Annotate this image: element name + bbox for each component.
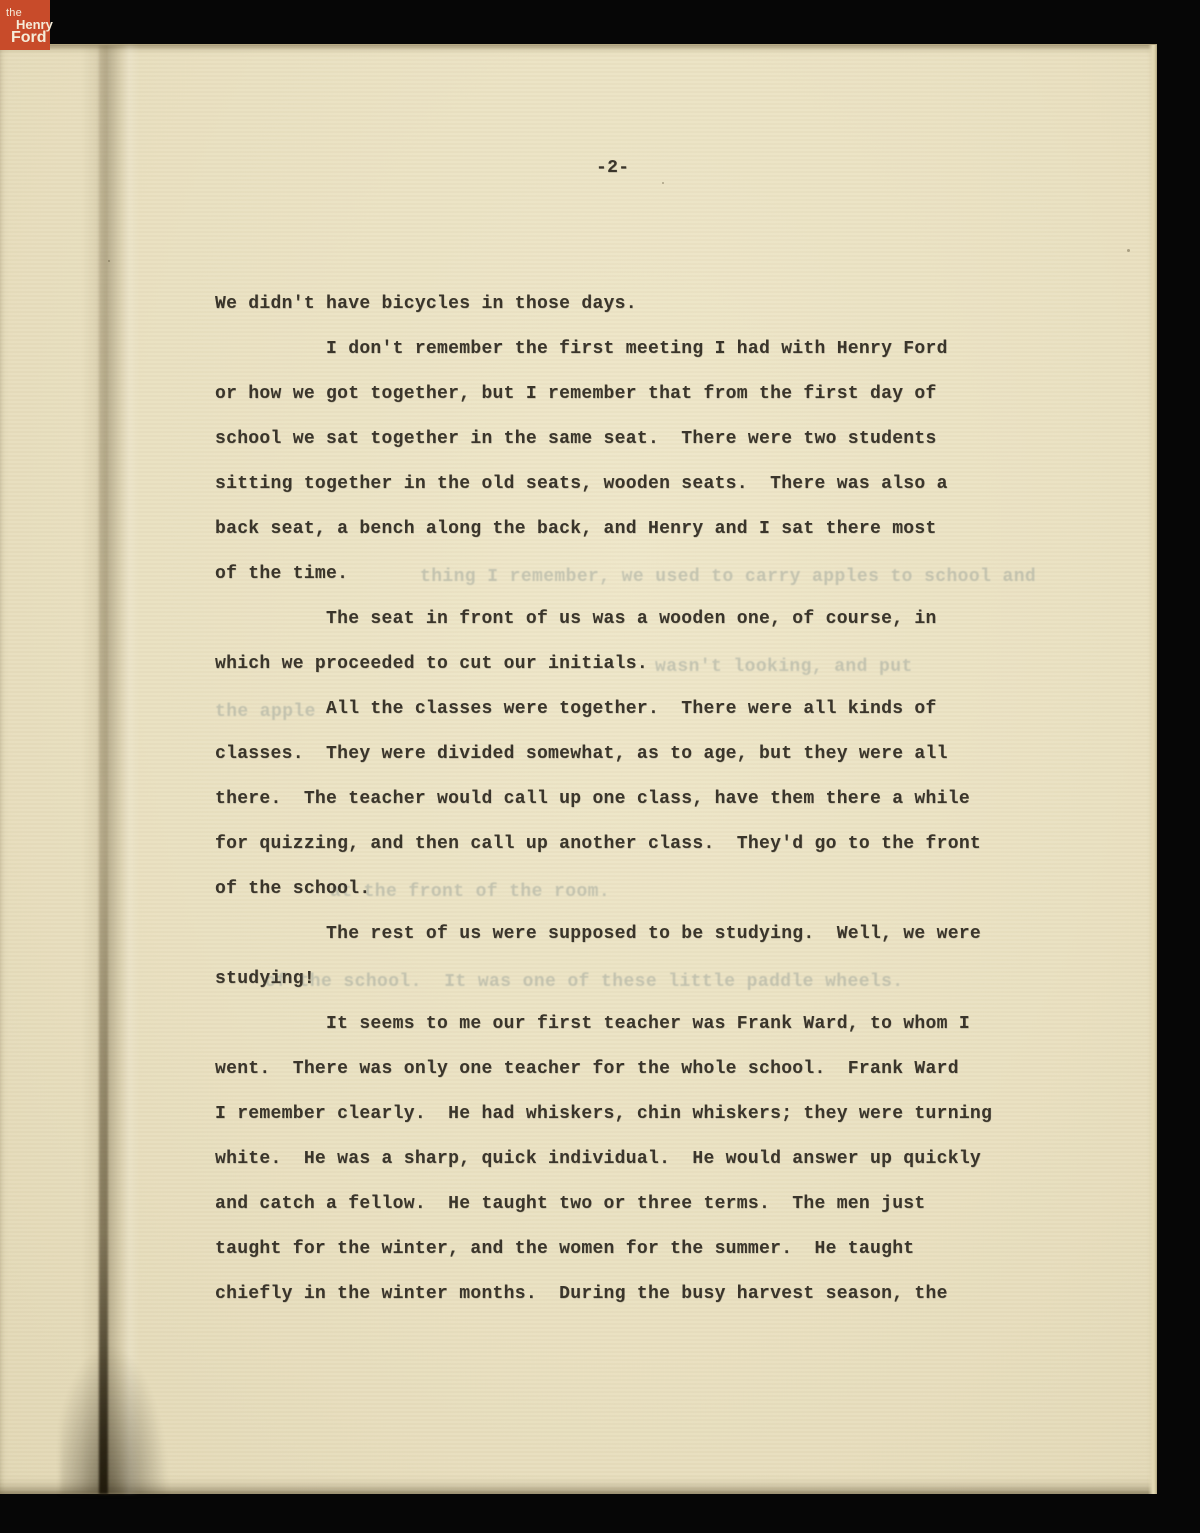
scan-viewport: thing I remember, we used to carry apple… — [0, 0, 1200, 1533]
typewritten-line: I remember clearly. He had whiskers, chi… — [215, 1103, 992, 1125]
typewritten-line: taught for the winter, and the women for… — [215, 1238, 914, 1260]
typewritten-line: which we proceeded to cut our initials. — [215, 653, 648, 675]
paper-speck — [662, 182, 664, 184]
typewritten-line: classes. They were divided somewhat, as … — [215, 743, 948, 765]
henry-ford-logo: the Henry Ford — [0, 0, 50, 50]
paper-speck — [108, 260, 110, 262]
typewritten-text-layer: We didn't have bicycles in those days. I… — [215, 293, 995, 1353]
typewritten-line: We didn't have bicycles in those days. — [215, 293, 637, 315]
logo-word-ford: Ford — [11, 29, 47, 47]
typewritten-line: All the classes were together. There wer… — [215, 698, 937, 720]
typewritten-line: of the school. — [215, 878, 370, 900]
typewritten-line: chiefly in the winter months. During the… — [215, 1283, 948, 1305]
typewritten-line: I don't remember the first meeting I had… — [215, 338, 948, 360]
typewritten-line: for quizzing, and then call up another c… — [215, 833, 981, 855]
typewritten-line: back seat, a bench along the back, and H… — [215, 518, 937, 540]
typewritten-line: sitting together in the old seats, woode… — [215, 473, 948, 495]
typewritten-line: It seems to me our first teacher was Fra… — [215, 1013, 970, 1035]
typewritten-line: The rest of us were supposed to be study… — [215, 923, 981, 945]
typewritten-line: studying! — [215, 968, 315, 990]
typewritten-line: and catch a fellow. He taught two or thr… — [215, 1193, 926, 1215]
binding-crease-bottom-shadow — [60, 1344, 170, 1494]
typewritten-line: school we sat together in the same seat.… — [215, 428, 937, 450]
typewritten-line: went. There was only one teacher for the… — [215, 1058, 959, 1080]
typewritten-line: The seat in front of us was a wooden one… — [215, 608, 937, 630]
binding-crease-shadow — [82, 45, 140, 1494]
typewritten-line: or how we got together, but I remember t… — [215, 383, 937, 405]
typewritten-line: of the time. — [215, 563, 348, 585]
typewritten-line: white. He was a sharp, quick individual.… — [215, 1148, 981, 1170]
typewritten-line: there. The teacher would call up one cla… — [215, 788, 970, 810]
binding-crease-line — [99, 45, 108, 1494]
paper-speck — [1127, 249, 1130, 252]
page-number: -2- — [596, 158, 629, 178]
